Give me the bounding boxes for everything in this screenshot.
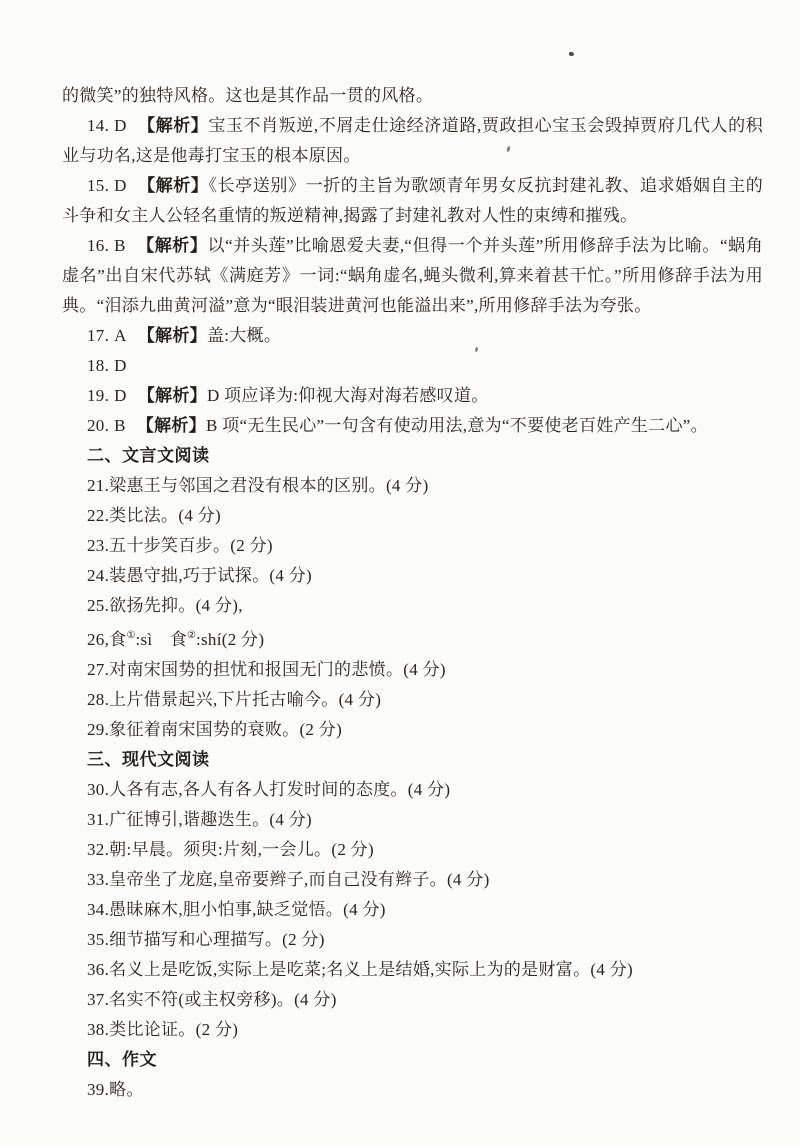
answer-number: 33. xyxy=(87,870,109,889)
answer-number: 21. xyxy=(87,476,109,495)
answer-item: 20.B【解析】B 项“无生民心”一句含有使动用法,意为“不要使老百姓产生二心”… xyxy=(62,411,763,441)
answer-number: 17. xyxy=(87,326,109,345)
answer-text: 五十步笑百步。(2 分) xyxy=(109,536,273,555)
answer-item: 30.人各有志,各人有各人打发时间的态度。(4 分) xyxy=(62,775,763,805)
answer-item: 29.象征着南宋国势的衰败。(2 分) xyxy=(62,715,763,745)
answer-item: 17.A【解析】盖:大概。 xyxy=(62,321,763,351)
scan-speck xyxy=(569,52,574,56)
answer-item: 19.D【解析】D 项应译为:仰视大海对海若感叹道。 xyxy=(62,381,763,411)
answer-number: 32. xyxy=(87,840,109,859)
scanned-page: 的微笑”的独特风格。这也是其作品一贯的风格。14.D【解析】宝玉不肖叛逆,不屑走… xyxy=(0,0,800,1145)
answer-text: 类比法。(4 分) xyxy=(109,506,221,525)
answer-number: 16. xyxy=(87,236,109,255)
answer-item: 26,食①:sì 食②:shí(2 分) xyxy=(62,621,763,655)
answer-text: 名实不符(或主权旁移)。(4 分) xyxy=(109,990,337,1009)
answer-text: 名义上是吃饭,实际上是吃菜;名义上是结婚,实际上为的是财富。(4 分) xyxy=(109,960,633,979)
answer-item: 31.广征博引,谐趣迭生。(4 分) xyxy=(62,805,763,835)
analysis-label: 【解析】 xyxy=(137,416,206,435)
answer-item: 25.欲扬先抑。(4 分), xyxy=(62,591,763,621)
answer-number: 28. xyxy=(87,690,109,709)
section-heading: 三、现代文阅读 xyxy=(62,745,763,775)
analysis-label: 【解析】 xyxy=(138,176,209,195)
answer-text: 食 xyxy=(152,630,187,649)
answer-item: 22.类比法。(4 分) xyxy=(62,501,763,531)
answer-text: B 项“无生民心”一句含有使动用法,意为“不要使老百姓产生二心”。 xyxy=(206,416,708,435)
answer-number: 20. xyxy=(87,416,109,435)
answer-text: D 项应译为:仰视大海对海若感叹道。 xyxy=(207,386,489,405)
answer-text: :sì xyxy=(135,630,152,649)
answer-text: 皇帝坐了龙庭,皇帝要辫子,而自己没有辫子。(4 分) xyxy=(109,870,489,889)
answer-item: 28.上片借景起兴,下片托古喻今。(4 分) xyxy=(62,685,763,715)
answer-item: 15.D【解析】《长亭送别》一折的主旨为歌颂青年男女反抗封建礼教、追求婚姻自主的… xyxy=(62,171,763,231)
answer-text: :shí(2 分) xyxy=(196,630,264,649)
answer-sheet: 的微笑”的独特风格。这也是其作品一贯的风格。14.D【解析】宝玉不肖叛逆,不屑走… xyxy=(62,81,763,1105)
answer-text: 对南宋国势的担忧和报国无门的悲愤。(4 分) xyxy=(109,660,446,679)
answer-item: 35.细节描写和心理描写。(2 分) xyxy=(62,925,763,955)
answer-item: 36.名义上是吃饭,实际上是吃菜;名义上是结婚,实际上为的是财富。(4 分) xyxy=(62,955,763,985)
analysis-label: 【解析】 xyxy=(138,116,209,135)
answer-number: 24. xyxy=(87,566,109,585)
answer-choice: B xyxy=(114,416,126,435)
answer-text: 类比论证。(2 分) xyxy=(109,1020,238,1039)
section-heading: 四、作文 xyxy=(62,1045,763,1075)
answer-text: 装愚守拙,巧于试探。(4 分) xyxy=(109,566,312,585)
answer-text: 梁惠王与邻国之君没有根本的区别。(4 分) xyxy=(109,476,428,495)
answer-number: 34. xyxy=(87,900,109,919)
answer-item: 37.名实不符(或主权旁移)。(4 分) xyxy=(62,985,763,1015)
answer-item: 21.梁惠王与邻国之君没有根本的区别。(4 分) xyxy=(62,471,763,501)
answer-number: 35. xyxy=(87,930,109,949)
section-heading: 二、文言文阅读 xyxy=(62,441,763,471)
answer-number: 19. xyxy=(87,386,109,405)
answer-number: 27. xyxy=(87,660,109,679)
answer-number: 30. xyxy=(87,780,109,799)
answer-item: 38.类比论证。(2 分) xyxy=(62,1015,763,1045)
answer-number: 25. xyxy=(87,596,109,615)
answer-text: 愚昧麻木,胆小怕事,缺乏觉悟。(4 分) xyxy=(109,900,386,919)
answer-number: 26, xyxy=(87,630,109,649)
answer-text: 人各有志,各人有各人打发时间的态度。(4 分) xyxy=(109,780,450,799)
answer-number: 18. xyxy=(87,356,109,375)
answer-choice: D xyxy=(114,356,127,375)
answer-text: 上片借景起兴,下片托古喻今。(4 分) xyxy=(109,690,381,709)
answer-choice: B xyxy=(114,236,126,255)
answer-number: 36. xyxy=(87,960,109,979)
answer-item: 16.B【解析】以“并头莲”比喻恩爱夫妻,“但得一个并头莲”所用修辞手法为比喻。… xyxy=(62,231,763,321)
answer-text: 细节描写和心理描写。(2 分) xyxy=(109,930,325,949)
answer-text: 朝:早晨。须臾:片刻,一会儿。(2 分) xyxy=(109,840,374,859)
answer-number: 31. xyxy=(87,810,109,829)
answer-item: 23.五十步笑百步。(2 分) xyxy=(62,531,763,561)
analysis-label: 【解析】 xyxy=(138,386,207,405)
answer-item: 18.D xyxy=(62,351,763,381)
answer-text: 象征着南宋国势的衰败。(2 分) xyxy=(109,720,342,739)
superscript-mark: ② xyxy=(187,630,196,641)
answer-item: 34.愚昧麻木,胆小怕事,缺乏觉悟。(4 分) xyxy=(62,895,763,925)
answer-number: 38. xyxy=(87,1020,109,1039)
answer-choice: D xyxy=(114,386,127,405)
answer-number: 22. xyxy=(87,506,109,525)
answer-number: 14. xyxy=(87,116,109,135)
answer-text: 食 xyxy=(109,630,126,649)
answer-text: 盖:大概。 xyxy=(207,326,281,345)
answer-choice: D xyxy=(114,176,127,195)
answer-item: 33.皇帝坐了龙庭,皇帝要辫子,而自己没有辫子。(4 分) xyxy=(62,865,763,895)
answer-item: 14.D【解析】宝玉不肖叛逆,不屑走仕途经济道路,贾政担心宝玉会毁掉贾府几代人的… xyxy=(62,111,763,171)
answer-number: 39. xyxy=(87,1080,109,1099)
answer-choice: A xyxy=(114,326,127,345)
answer-choice: D xyxy=(114,116,127,135)
answer-number: 37. xyxy=(87,990,109,1009)
answer-text: 广征博引,谐趣迭生。(4 分) xyxy=(109,810,312,829)
answer-item: 32.朝:早晨。须臾:片刻,一会儿。(2 分) xyxy=(62,835,763,865)
answer-number: 29. xyxy=(87,720,109,739)
answer-item: 24.装愚守拙,巧于试探。(4 分) xyxy=(62,561,763,591)
analysis-label: 【解析】 xyxy=(138,326,207,345)
answer-text: 略。 xyxy=(109,1080,144,1099)
answer-item: 39.略。 xyxy=(62,1075,763,1105)
answer-text: 欲扬先抑。(4 分), xyxy=(109,596,243,615)
answer-item: 27.对南宋国势的担忧和报国无门的悲愤。(4 分) xyxy=(62,655,763,685)
analysis-label: 【解析】 xyxy=(137,236,208,255)
answer-number: 23. xyxy=(87,536,109,555)
paragraph-continuation: 的微笑”的独特风格。这也是其作品一贯的风格。 xyxy=(62,81,763,111)
answer-number: 15. xyxy=(87,176,109,195)
